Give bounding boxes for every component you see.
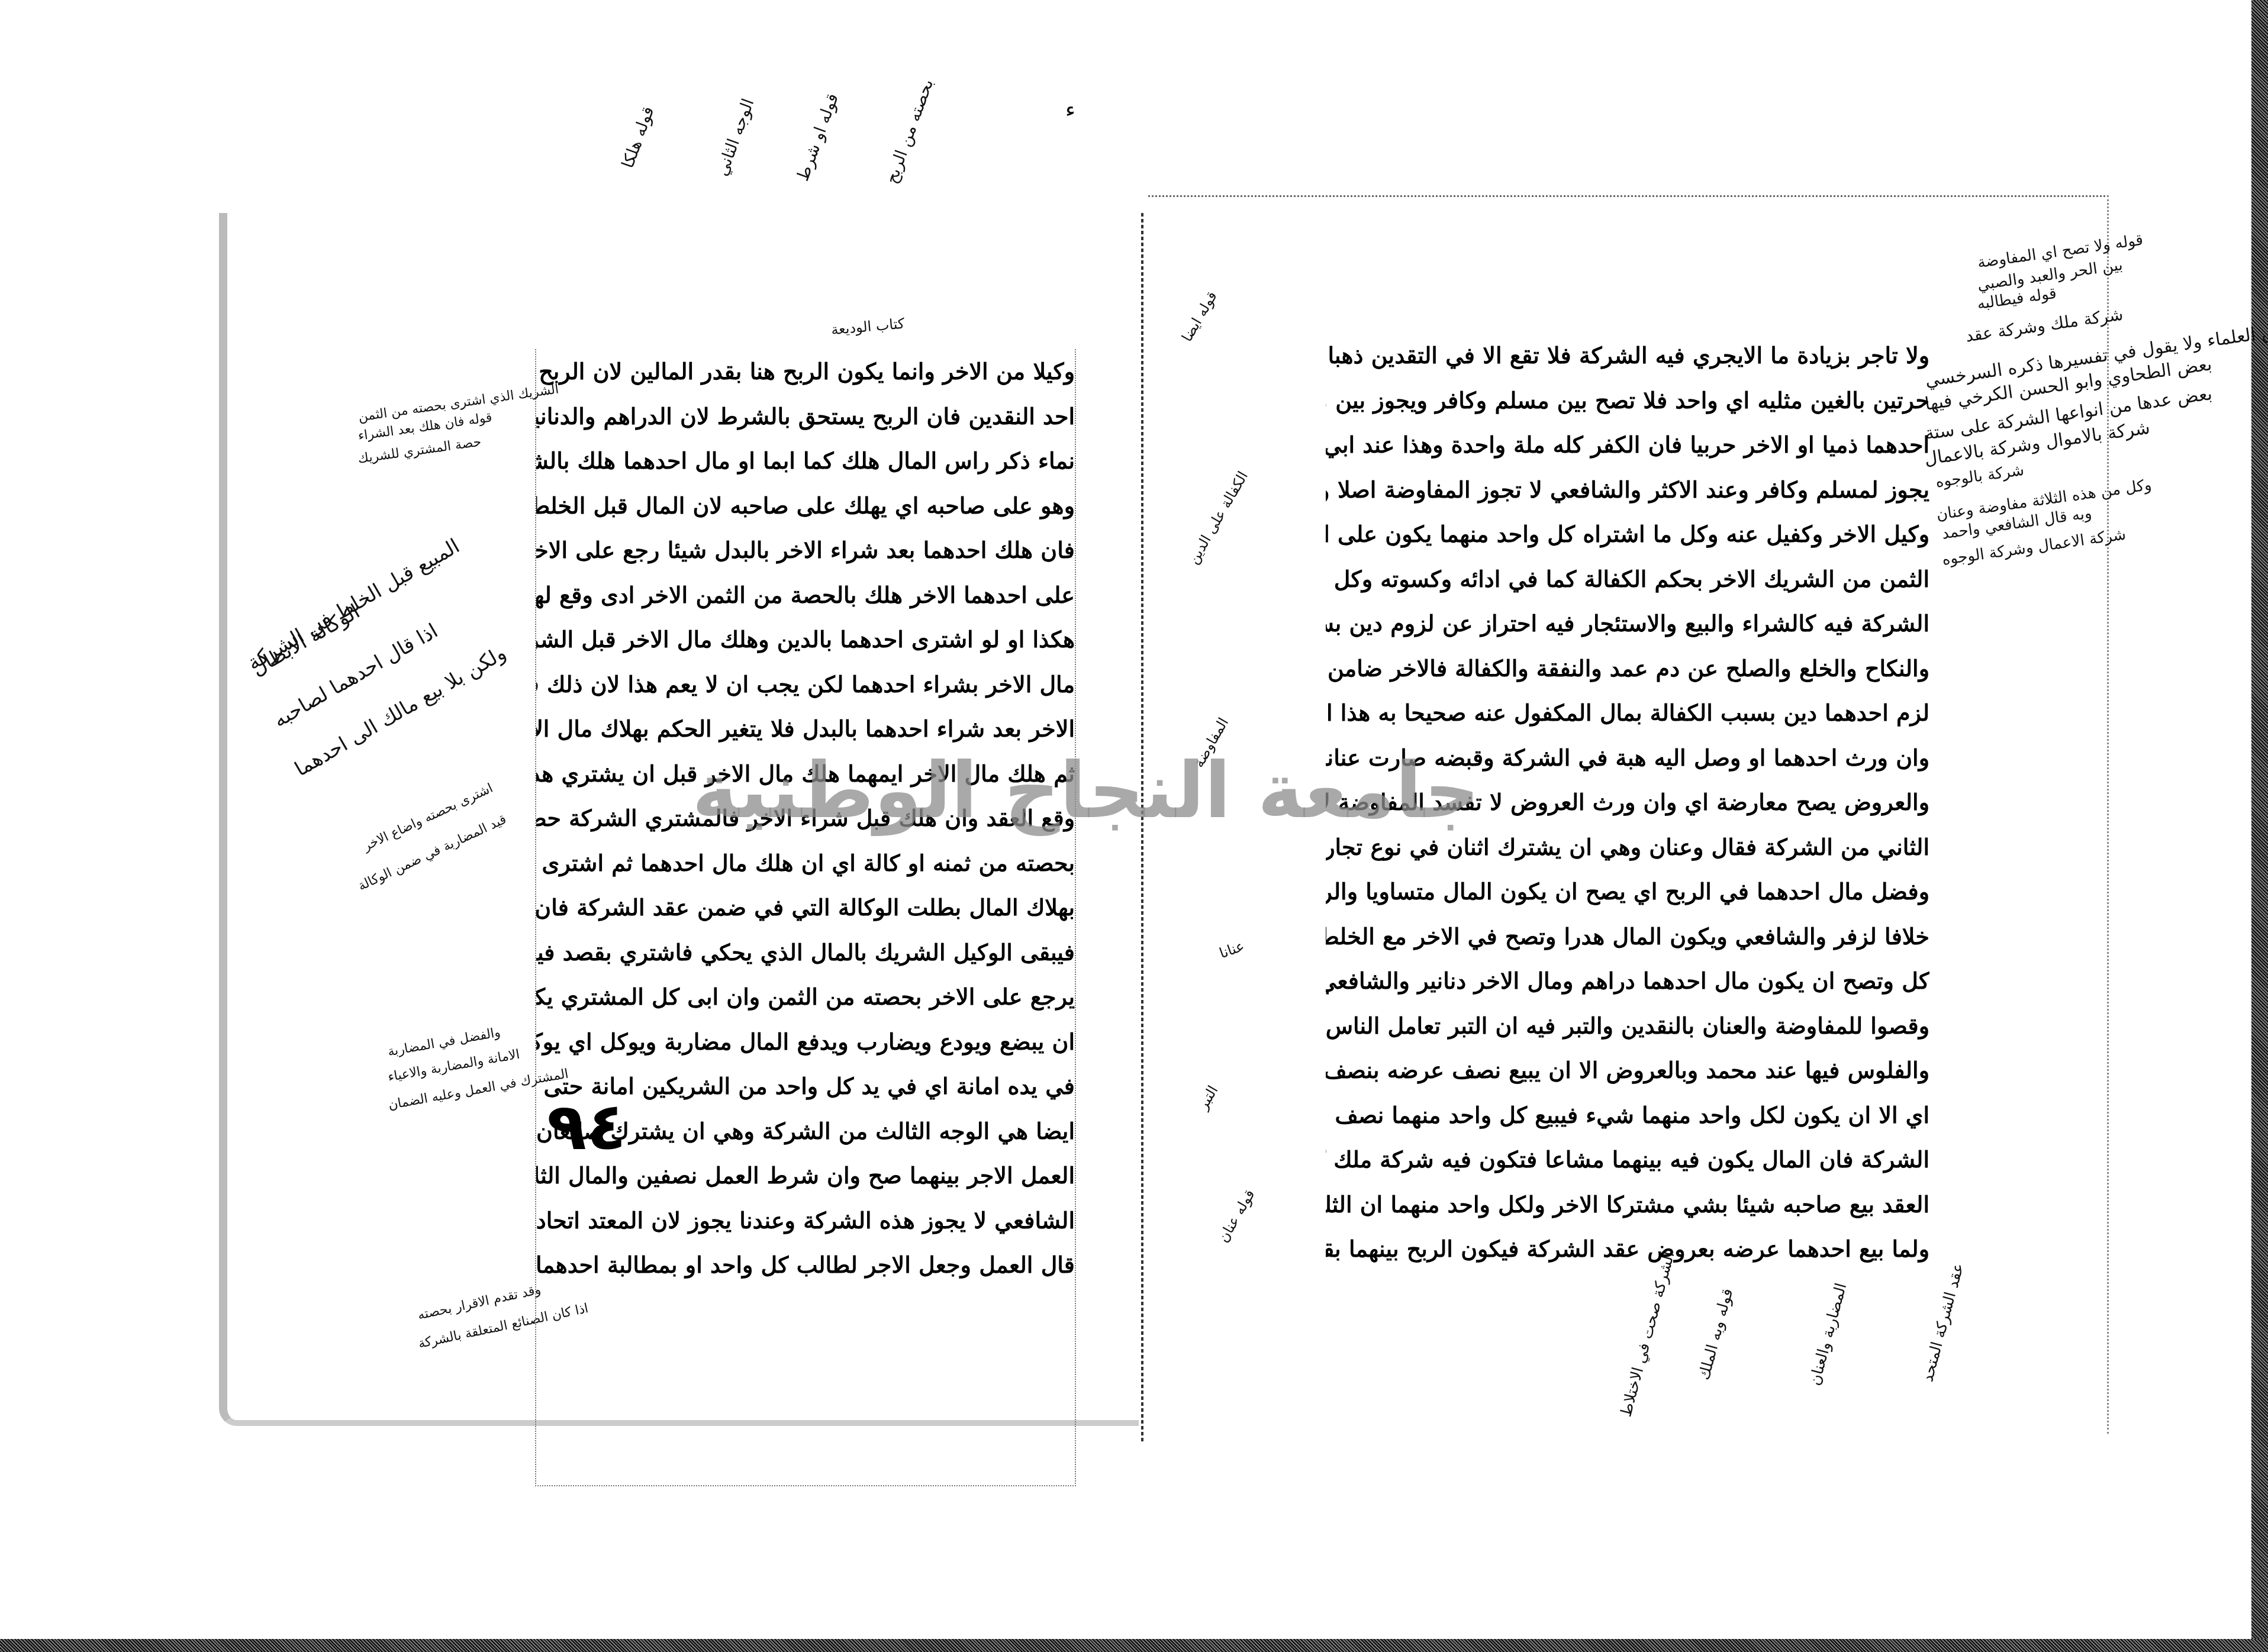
margin-note-top: الوجه الثاني xyxy=(709,95,761,179)
text-line: فان هلك احدهما بعد شراء الاخر بالبدل شيئ… xyxy=(536,528,1075,573)
text-line: العمل الاجر بينهما صح وان شرط العمل نصفي… xyxy=(536,1153,1075,1198)
text-line: قال العمل وجعل الاجر لطالب كل واحد او بم… xyxy=(536,1243,1075,1288)
text-line: حرتين بالغين مثليه اي واحد فلا تصح بين م… xyxy=(1326,378,1929,423)
text-line: وكيلا من الاخر وانما يكون الربح هنا بقدر… xyxy=(536,349,1075,394)
margin-note-left: عنانا xyxy=(1216,933,1248,966)
text-line: يرجع على الاخر بحصته من الثمن وان ابى كل… xyxy=(536,975,1075,1019)
top-mark: ء xyxy=(1065,98,1075,122)
text-line: في يده امانة اي في يد كل واحد من الشريكي… xyxy=(536,1064,1075,1109)
scan-edge-right xyxy=(2251,0,2268,1652)
text-line: الاخر بعد شراء احدهما بالبدل فلا يتغير ا… xyxy=(536,706,1075,751)
text-line: كل وتصح ان يكون مال احدهما دراهم ومال ال… xyxy=(1326,959,1929,1004)
text-line: الشافعي لا يجوز هذه الشركة وعندنا يجوز ل… xyxy=(536,1198,1075,1243)
text-line: ان يبضع ويودع ويضارب ويدفع المال مضاربة … xyxy=(536,1019,1075,1064)
text-line: بحصته من ثمنه او كالة اي ان هلك مال احده… xyxy=(536,841,1075,886)
text-line: الشركة فيه كالشراء والبيع والاستئجار فيه… xyxy=(1326,601,1929,646)
text-line: يجوز لمسلم وكافر وعند الاكثر والشافعي لا… xyxy=(1326,467,1929,512)
text-line: وهو على صاحبه اي يهلك على صاحبه لان الما… xyxy=(536,483,1075,528)
text-line: على احدهما الاخر هلك بالحصة من الثمن الا… xyxy=(536,573,1075,618)
text-line: والنكاح والخلع والصلح عن دم عمد والنفقة … xyxy=(1326,646,1929,691)
text-line: احدهما ذميا او الاخر حربيا فان الكفر كله… xyxy=(1326,422,1929,467)
margin-note-left: التبر xyxy=(1190,1080,1225,1115)
heading-note: كتاب الوديعة xyxy=(830,311,906,343)
text-line: بهلاك المال بطلت الوكالة التي في ضمن عقد… xyxy=(536,885,1075,930)
margin-note-top: بحصته من الربح xyxy=(878,75,940,187)
text-line: هكذا او لو اشترى احدهما بالدين وهلك مال … xyxy=(536,617,1075,662)
margin-note-top: قوله او شرط xyxy=(790,90,845,185)
text-line: والفلوس فيها عند محمد وبالعروض الا ان يب… xyxy=(1326,1048,1929,1093)
right-page-main-text: ولا تاجر بزيادة ما الايجري فيه الشركة فل… xyxy=(1326,333,1929,1374)
text-line: فيبقى الوكيل الشريك بالمال الذي يحكي فاش… xyxy=(536,930,1075,975)
text-line: نماء ذكر راس المال هلك كما ابما او مال ا… xyxy=(536,438,1075,483)
text-line: ولما بيع احدهما عرضه بعروض عقد الشركة في… xyxy=(1326,1227,1929,1272)
text-line: وقصوا للمفاوضة والعنان بالنقدين والتبر ف… xyxy=(1326,1004,1929,1048)
text-line: ايضا هي الوجه الثالث من الشركة وهي ان يش… xyxy=(536,1109,1075,1154)
scan-edge-bottom xyxy=(0,1639,2268,1652)
text-line: خلافا لزفر والشافعي ويكون المال هدرا وتص… xyxy=(1326,914,1929,959)
text-line: احد النقدين فان الربح يستحق بالشرط لان ا… xyxy=(536,394,1075,439)
text-line: الشركة فان المال يكون فيه بينهما مشاعا ف… xyxy=(1326,1137,1929,1182)
text-line: ولا تاجر بزيادة ما الايجري فيه الشركة فل… xyxy=(1326,333,1929,378)
text-line: لزم احدهما دين بسبب الكفالة بمال المكفول… xyxy=(1326,691,1929,735)
text-line: الثمن من الشريك الاخر بحكم الكفالة كما ف… xyxy=(1326,557,1929,602)
text-line: مال الاخر بشراء احدهما لكن يجب ان لا يعم… xyxy=(536,662,1075,707)
text-line: وكيل الاخر وكفيل عنه وكل ما اشتراه كل وا… xyxy=(1326,512,1929,557)
text-line: اي الا ان يكون لكل واحد منهما شيء فيبيع … xyxy=(1326,1093,1929,1138)
library-watermark: جامعة النجاح الوطنية xyxy=(1006,746,1480,835)
margin-note-left: قوله ايضا xyxy=(1174,286,1225,347)
left-page-main-text: وكيلا من الاخر وانما يكون الربح هنا بقدر… xyxy=(535,349,1076,1486)
manuscript-spread: كتاب الوديعة قوله هلكا الوجه الثاني قوله… xyxy=(201,213,2125,1485)
margin-note-left: الكفالة على الدين xyxy=(1181,466,1255,569)
text-line: العقد بيع صاحبه شيئا بشي مشتركا الاخر ول… xyxy=(1326,1182,1929,1227)
margin-note-left: قوله عنان xyxy=(1210,1184,1262,1247)
text-line: وفضل مال احدهما في الربح اي يصح ان يكون … xyxy=(1326,869,1929,914)
margin-note-top: قوله هلكا xyxy=(615,103,661,172)
